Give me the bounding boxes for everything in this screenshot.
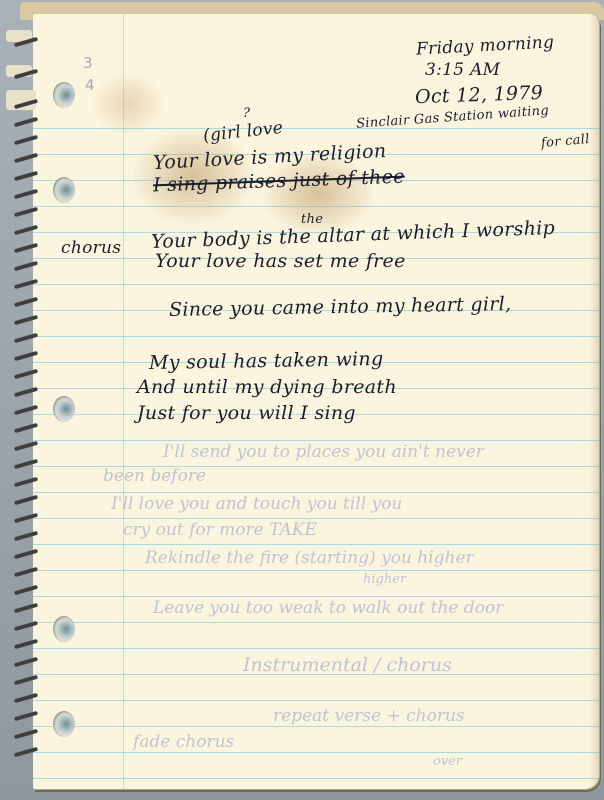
coffee-stain [93, 74, 163, 134]
bleedthrough-line: fade chorus [133, 732, 234, 752]
rule-line [33, 726, 599, 727]
binder-hole [53, 616, 75, 642]
rule-line [33, 284, 599, 285]
rule-line [33, 700, 599, 701]
rule-line [33, 336, 599, 337]
spiral-binding [0, 10, 40, 770]
insertion-question-mark: ? [243, 106, 250, 121]
rule-line [33, 544, 599, 545]
lyric-line: Since you came into my heart girl, [169, 293, 512, 321]
bleedthrough-line: Leave you too weak to walk out the door [153, 598, 503, 618]
binder-hole [53, 177, 75, 203]
bleedthrough-line: higher [363, 572, 406, 587]
insertion-girl-love: (girl love [202, 118, 284, 146]
bleedthrough-line: over [433, 754, 462, 769]
rule-line [33, 518, 599, 519]
margin-note-chorus: chorus [61, 238, 121, 258]
rule-line [33, 492, 599, 493]
bleedthrough-line: been before [103, 466, 206, 486]
bleedthrough-line: repeat verse + chorus [273, 706, 465, 726]
bleedthrough-line: I'll love you and touch you till you [111, 494, 402, 514]
rule-line [33, 570, 599, 571]
rule-line [33, 752, 599, 753]
binder-hole [53, 711, 75, 737]
rule-line [33, 648, 599, 649]
lyric-line: And until my dying breath [137, 376, 397, 398]
page-number-pencil: 4 [85, 76, 95, 94]
bleedthrough-line: Rekindle the fire (starting) you higher [145, 548, 474, 568]
bleedthrough-line: I'll send you to places you ain't never [163, 442, 484, 462]
page-number-pencil: 3 [83, 54, 93, 72]
header-location-cont: for call [540, 132, 590, 151]
rule-line [33, 440, 599, 441]
header-day: Friday morning [416, 32, 555, 59]
binder-hole [53, 396, 75, 422]
notebook-page: 3 4 I'll send you to places you ain't ne… [33, 14, 599, 789]
rule-line [33, 622, 599, 623]
rule-line [33, 596, 599, 597]
bleedthrough-line: cry out for more TAKE [123, 520, 317, 540]
rule-line [33, 778, 599, 779]
header-time: 3:15 AM [425, 60, 500, 80]
lyric-line: My soul has taken wing [149, 348, 384, 374]
lyric-line: Just for you will I sing [137, 402, 356, 424]
lyric-line: Your love has set me free [155, 250, 406, 272]
bleedthrough-line: Instrumental / chorus [243, 654, 452, 676]
binder-hole [53, 82, 75, 108]
